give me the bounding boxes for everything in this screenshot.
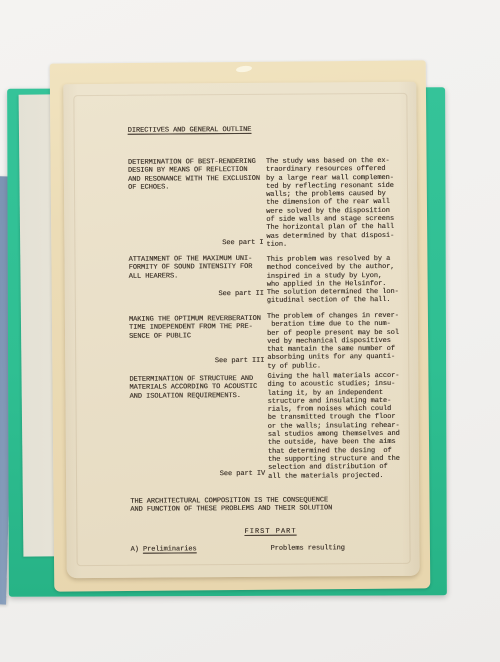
closing-statement: THE ARCHITECTURAL COMPOSITION IS THE CON… <box>130 496 370 514</box>
text-line: ALL HEARERS. <box>129 271 266 280</box>
document-heading: DIRECTIVES AND GENERAL OUTLINE <box>128 126 252 135</box>
text-line: ty of public. <box>267 362 412 371</box>
text-line: SENCE OF PUBLIC <box>129 331 266 340</box>
explanations-column: The study was based on the ex-traordinar… <box>266 157 411 158</box>
text-line: gitudinal section of the hall. <box>267 296 412 305</box>
closing-statement-line-2: AND FUNCTION OF THESE PROBLEMS AND THEIR… <box>130 504 370 514</box>
explanation-block-2: This problem was resolved by amethod con… <box>266 255 411 306</box>
text-line: method conceived by the author, <box>267 263 412 272</box>
text-line: absorbing units for any quanti- <box>267 353 412 362</box>
text-line: ding to acoustic studies; insu- <box>267 380 412 389</box>
text-line: FORMITY OF SOUND INTENSITY FOR <box>129 263 266 272</box>
see-part-label-2: See part II <box>129 290 266 299</box>
text-line: was determined by that disposi- <box>266 231 411 240</box>
text-line: OF ECHOES. <box>128 183 265 192</box>
explanation-block-4: Giving the hall materials accor-ding to … <box>267 372 413 481</box>
text-line: tion. <box>266 240 411 249</box>
directive-block-4: DETERMINATION OF STRUCTURE ANDMATERIALS … <box>129 375 266 401</box>
text-line: AND ISOLATION REQUIREMENTS. <box>129 391 266 400</box>
text-line: TIME INDEPENDENT FROM THE PRE- <box>129 323 266 332</box>
directive-block-3: MAKING THE OPTIMUM REVERBERATIONTIME IND… <box>129 315 266 341</box>
text-line: AND RESONANCE WITH THE EXCLUSION <box>128 174 265 183</box>
text-line: MATERIALS ACCORDING TO ACOUSTIC <box>129 383 266 392</box>
directive-block-2: ATTAINMENT OF THE MAXIMUM UNI-FORMITY OF… <box>128 255 265 281</box>
see-part-label-1: See part I <box>128 239 265 248</box>
explanation-block-3: The problem of changes in rever- beratio… <box>267 312 412 371</box>
front-page-document: DIRECTIVES AND GENERAL OUTLINE DETERMINA… <box>63 82 419 578</box>
subsection-title: Preliminaries <box>143 545 197 553</box>
directives-column: DETERMINATION OF BEST-RENDERINGDESIGN BY… <box>128 158 265 159</box>
subsection-row: A) Preliminaries Problems resulting <box>131 544 411 554</box>
subsection-right-note: Problems resulting <box>271 544 345 553</box>
text-line: all the materials projected. <box>268 471 413 480</box>
directive-block-1: DETERMINATION OF BEST-RENDERINGDESIGN BY… <box>128 158 265 192</box>
explanation-block-1: The study was based on the ex-traordinar… <box>266 157 412 249</box>
see-part-label-4: See part IV <box>130 470 267 479</box>
part-heading: FIRST PART <box>244 528 296 537</box>
see-part-label-3: See part III <box>129 357 266 366</box>
photo-scene: DIRECTIVES AND GENERAL OUTLINE DETERMINA… <box>0 0 500 662</box>
